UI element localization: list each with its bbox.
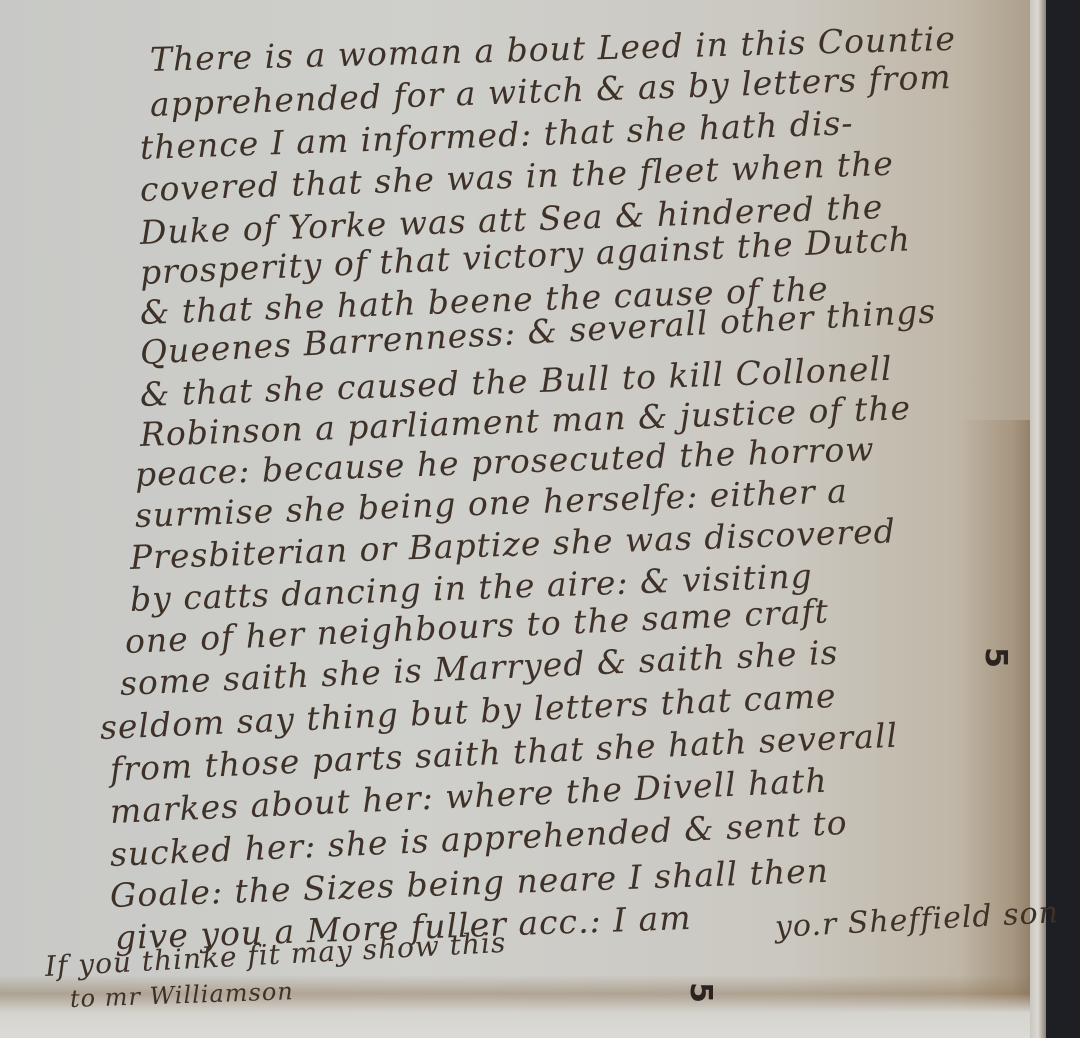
mount-edge bbox=[1030, 0, 1046, 1038]
folio-number: 5 bbox=[683, 982, 718, 1003]
margin-number: 5 bbox=[978, 647, 1013, 668]
